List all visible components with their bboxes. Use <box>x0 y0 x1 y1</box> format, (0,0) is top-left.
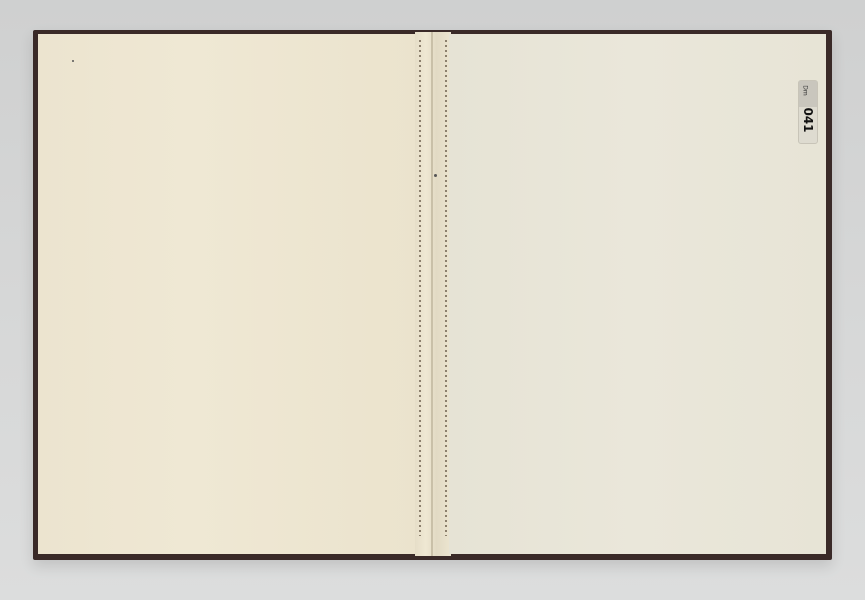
right-page: Dm 041 <box>449 34 826 554</box>
stitching-right <box>445 40 447 536</box>
binding-hole <box>434 174 437 177</box>
binding-gutter <box>415 32 451 556</box>
open-album: Dm 041 <box>33 30 832 560</box>
left-page <box>38 34 418 554</box>
page-speck <box>72 60 74 62</box>
gutter-fold <box>431 32 433 556</box>
faint-pencil-inscription <box>788 124 808 544</box>
label-prefix: Dm <box>802 85 809 95</box>
stitching-left <box>419 40 421 536</box>
